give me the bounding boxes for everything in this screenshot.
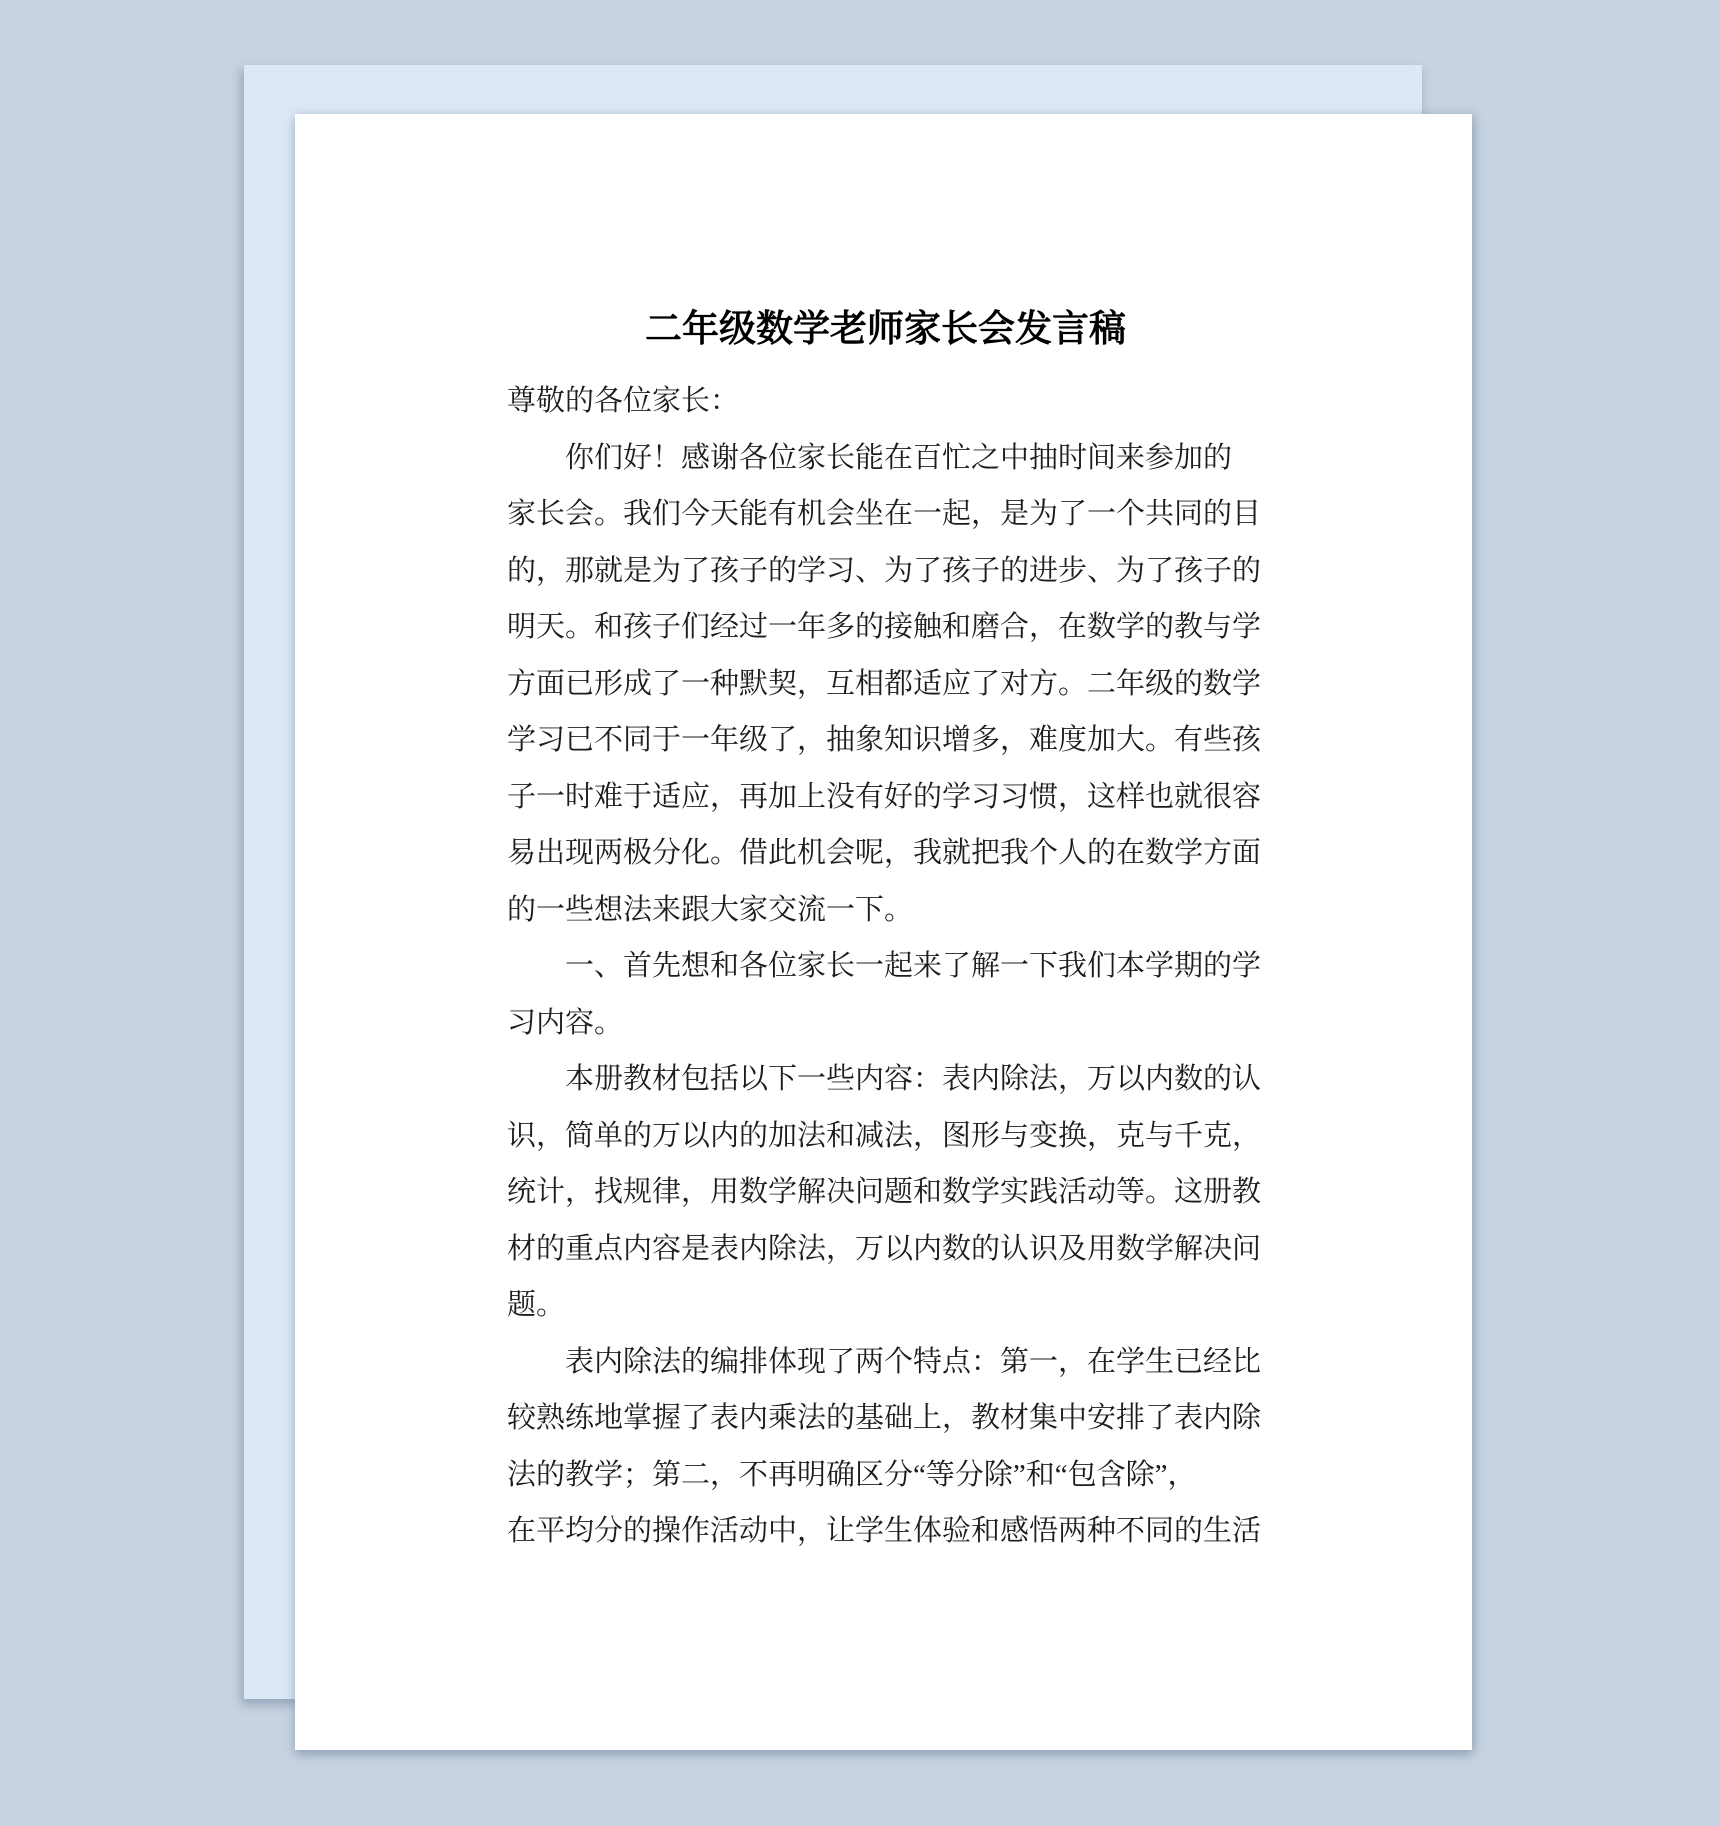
text-line: 材的重点内容是表内除法，万以内数的认识及用数学解决问 bbox=[507, 1221, 1264, 1278]
text-line: 你们好！感谢各位家长能在百忙之中抽时间来参加的 bbox=[507, 430, 1264, 487]
text-line: 较熟练地掌握了表内乘法的基础上，教材集中安排了表内除 bbox=[507, 1390, 1264, 1447]
document-page: 二年级数学老师家长会发言稿 尊敬的各位家长： 你们好！感谢各位家长能在百忙之中抽… bbox=[295, 114, 1472, 1750]
document-title: 二年级数学老师家长会发言稿 bbox=[507, 304, 1264, 354]
text-line: 学习已不同于一年级了，抽象知识增多，难度加大。有些孩 bbox=[507, 712, 1264, 769]
text-line: 子一时难于适应，再加上没有好的学习习惯，这样也就很容 bbox=[507, 769, 1264, 826]
text-line: 法的教学；第二，不再明确区分“等分除”和“包含除”， bbox=[507, 1447, 1264, 1504]
text-line: 本册教材包括以下一些内容：表内除法，万以内数的认 bbox=[507, 1051, 1264, 1108]
text-line: 题。 bbox=[507, 1277, 1264, 1334]
text-line: 易出现两极分化。借此机会呢，我就把我个人的在数学方面 bbox=[507, 825, 1264, 882]
document-body: 尊敬的各位家长： 你们好！感谢各位家长能在百忙之中抽时间来参加的 家长会。我们今… bbox=[507, 373, 1264, 1560]
text-line: 的，那就是为了孩子的学习、为了孩子的进步、为了孩子的 bbox=[507, 543, 1264, 600]
text-line: 表内除法的编排体现了两个特点：第一，在学生已经比 bbox=[507, 1334, 1264, 1391]
desktop-background: 二年级数学老师家长会发言稿 尊敬的各位家长： 你们好！感谢各位家长能在百忙之中抽… bbox=[0, 0, 1720, 1826]
text-line: 习内容。 bbox=[507, 995, 1264, 1052]
text-line: 方面已形成了一种默契，互相都适应了对方。二年级的数学 bbox=[507, 656, 1264, 713]
text-line: 在平均分的操作活动中，让学生体验和感悟两种不同的生活 bbox=[507, 1503, 1264, 1560]
text-line: 一、首先想和各位家长一起来了解一下我们本学期的学 bbox=[507, 938, 1264, 995]
text-line: 家长会。我们今天能有机会坐在一起，是为了一个共同的目 bbox=[507, 486, 1264, 543]
text-line: 统计，找规律，用数学解决问题和数学实践活动等。这册教 bbox=[507, 1164, 1264, 1221]
text-line: 的一些想法来跟大家交流一下。 bbox=[507, 882, 1264, 939]
text-line: 识，简单的万以内的加法和减法，图形与变换，克与千克， bbox=[507, 1108, 1264, 1165]
text-line: 尊敬的各位家长： bbox=[507, 373, 1264, 430]
text-line: 明天。和孩子们经过一年多的接触和磨合，在数学的教与学 bbox=[507, 599, 1264, 656]
